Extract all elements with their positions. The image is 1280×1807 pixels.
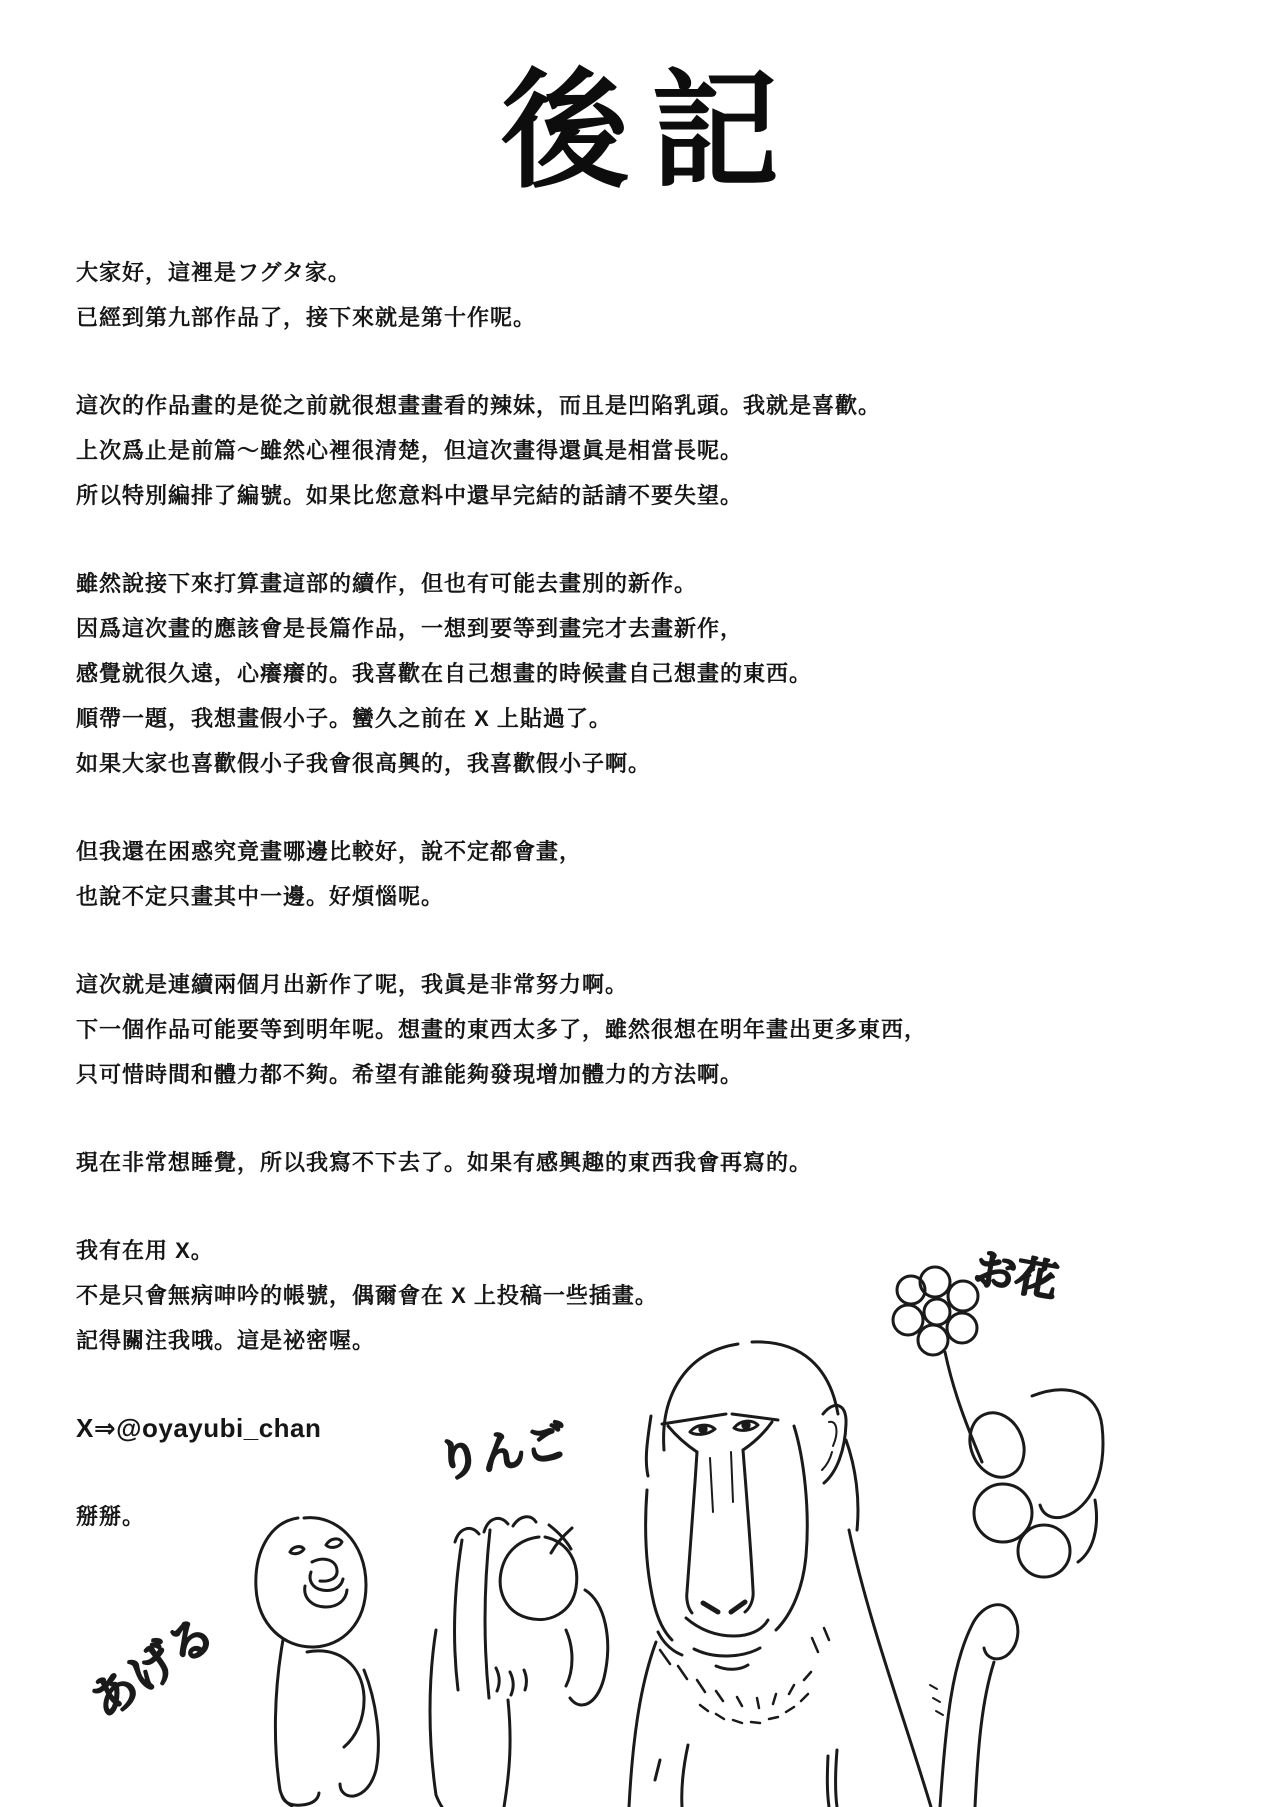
afterword-line: 但我還在困惑究竟畫哪邊比較好，說不定都會畫，	[76, 829, 1250, 874]
flower-label: お花	[970, 1245, 1061, 1306]
flower-doodle	[893, 1267, 982, 1462]
afterword-line: 所以特別編排了編號。如果比您意料中還早完結的話請不要失望。	[76, 473, 1250, 518]
afterword-line: 順帶一題，我想畫假小子。蠻久之前在 X 上貼過了。	[76, 696, 1250, 741]
monkey-tail-doodle	[930, 1605, 1018, 1807]
hand-with-apple-doodle	[430, 1517, 608, 1807]
afterword-line: 這次就是連續兩個月出新作了呢，我眞是非常努力啊。	[76, 962, 1250, 1007]
afterword-paragraph: 大家好，這裡是フグタ家。 已經到第九部作品了，接下來就是第十作呢。	[76, 250, 1250, 340]
afterword-line: 現在非常想睡覺，所以我寫不下去了。如果有感興趣的東西我會再寫的。	[76, 1140, 1250, 1185]
afterword-line: 上次爲止是前篇～雖然心裡很清楚，但這次畫得還眞是相當長呢。	[76, 428, 1250, 473]
give-label: あげる	[81, 1606, 224, 1728]
afterword-line: 這次的作品畫的是從之前就很想畫畫看的辣妹，而且是凹陷乳頭。我就是喜歡。	[76, 383, 1250, 428]
afterword-line: 因爲這次畫的應該會是長篇作品，一想到要等到畫完才去畫新作，	[76, 606, 1250, 651]
doodles-illustration: あげる りんご	[0, 1200, 1280, 1807]
afterword-line: 感覺就很久遠，心癢癢的。我喜歡在自己想畫的時候畫自己想畫的東西。	[76, 651, 1250, 696]
afterword-line: 也說不定只畫其中一邊。好煩惱呢。	[76, 874, 1250, 919]
hand-with-flower-doodle	[961, 1390, 1103, 1577]
afterword-paragraph: 但我還在困惑究竟畫哪邊比較好，說不定都會畫， 也說不定只畫其中一邊。好煩惱呢。	[76, 829, 1250, 919]
afterword-line: 雖然說接下來打算畫這部的續作，但也有可能去畫別的新作。	[76, 561, 1250, 606]
afterword-paragraph: 現在非常想睡覺，所以我寫不下去了。如果有感興趣的東西我會再寫的。	[76, 1140, 1250, 1185]
afterword-paragraph: 這次的作品畫的是從之前就很想畫畫看的辣妹，而且是凹陷乳頭。我就是喜歡。 上次爲止…	[76, 383, 1250, 518]
blob-creature-doodle	[256, 1518, 379, 1806]
afterword-paragraph: 雖然說接下來打算畫這部的續作，但也有可能去畫別的新作。 因爲這次畫的應該會是長篇…	[76, 561, 1250, 786]
monkey-doodle	[629, 1342, 931, 1807]
apple-label: りんご	[433, 1417, 572, 1488]
afterword-line: 如果大家也喜歡假小子我會很高興的，我喜歡假小子啊。	[76, 741, 1250, 786]
page-title: 後記	[0, 28, 1280, 212]
afterword-line: 只可惜時間和體力都不夠。希望有誰能夠發現增加體力的方法啊。	[76, 1052, 1250, 1097]
afterword-page: { "page": { "title": "後記", "background":…	[0, 0, 1280, 1807]
afterword-line: 下一個作品可能要等到明年呢。想畫的東西太多了，雖然很想在明年畫出更多東西，	[76, 1007, 1250, 1052]
afterword-line: 已經到第九部作品了，接下來就是第十作呢。	[76, 295, 1250, 340]
afterword-paragraph: 這次就是連續兩個月出新作了呢，我眞是非常努力啊。 下一個作品可能要等到明年呢。想…	[76, 962, 1250, 1097]
afterword-line: 大家好，這裡是フグタ家。	[76, 250, 1250, 295]
